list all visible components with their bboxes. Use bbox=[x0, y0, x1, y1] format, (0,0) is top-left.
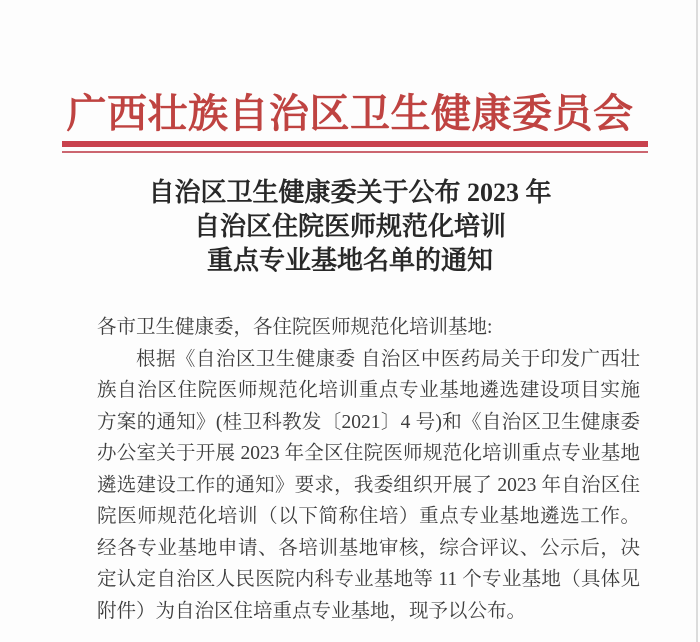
letterhead-rule-thick bbox=[62, 141, 648, 147]
body-line: 经各专业基地申请、各培训基地审核，综合评议、公示后，决 bbox=[97, 533, 640, 565]
body-line: 族自治区住院医师规范化培训重点专业基地遴选建设项目实施 bbox=[97, 375, 640, 407]
body-line: 办公室关于开展 2023 年全区住院医师规范化培训重点专业基地 bbox=[97, 438, 640, 470]
title-line-1: 自治区卫生健康委关于公布 2023 年 bbox=[0, 176, 700, 210]
body-line: 院医师规范化培训（以下简称住培）重点专业基地遴选工作。 bbox=[97, 501, 640, 533]
document-title: 自治区卫生健康委关于公布 2023 年 自治区住院医师规范化培训 重点专业基地名… bbox=[0, 176, 700, 278]
body-line: 定认定自治区人民医院内科专业基地等 11 个专业基地（具体见 bbox=[97, 564, 640, 596]
letterhead-rule-thin bbox=[62, 151, 648, 153]
salutation-line: 各市卫生健康委，各住院医师规范化培训基地: bbox=[97, 312, 640, 344]
document-page: 广西壮族自治区卫生健康委员会 自治区卫生健康委关于公布 2023 年 自治区住院… bbox=[0, 0, 700, 642]
body-text: 各市卫生健康委，各住院医师规范化培训基地: 根据《自治区卫生健康委 自治区中医药… bbox=[97, 312, 640, 627]
agency-name: 广西壮族自治区卫生健康委员会 bbox=[0, 82, 700, 139]
body-line-last: 附件）为自治区住培重点专业基地，现予以公布。 bbox=[97, 596, 640, 628]
body-line: 根据《自治区卫生健康委 自治区中医药局关于印发广西壮 bbox=[97, 344, 640, 376]
body-line: 遴选建设工作的通知》要求，我委组织开展了 2023 年自治区住 bbox=[97, 470, 640, 502]
title-line-2: 自治区住院医师规范化培训 bbox=[0, 210, 700, 244]
body-line: 方案的通知》(桂卫科教发〔2021〕4 号)和《自治区卫生健康委 bbox=[97, 407, 640, 439]
title-line-3: 重点专业基地名单的通知 bbox=[0, 244, 700, 278]
